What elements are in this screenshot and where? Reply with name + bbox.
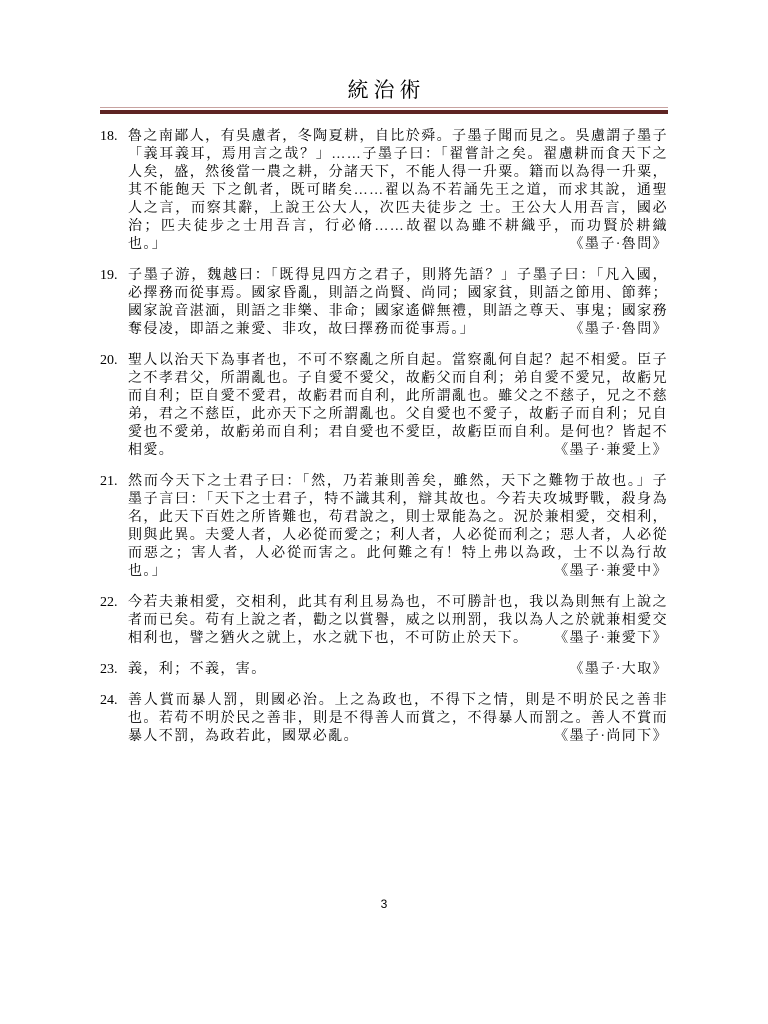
paragraph-number: 23. [100,661,128,679]
citation-source: 《墨子·大取》 [570,661,668,679]
paragraph-body: 魯之南鄙人，有吳慮者，冬陶夏耕，自比於舜。子墨子聞而見之。吳慮謂子墨子「義耳義耳… [128,128,668,254]
paragraph-body: 今若夫兼相愛，交相利，此其有利且易為也，不可勝計也，我以為則無有上說之者而已矣。… [128,594,668,648]
page-title: 統治術 [100,0,668,104]
quote-paragraph: 19. 子墨子游，魏越曰：「既得見四方之君子，則將先語？」子墨子曰：「凡入國，必… [100,267,668,339]
quote-paragraph: 21. 然而今天下之士君子曰：「然，乃若兼則善矣，雖然，天下之難物于故也。」子墨… [100,473,668,581]
citation-source: 《墨子·魯問》 [570,321,668,339]
citation-source: 《墨子·兼愛中》 [554,563,668,581]
title-rule [100,107,668,114]
paragraph-body: 然而今天下之士君子曰：「然，乃若兼則善矣，雖然，天下之難物于故也。」子墨子言曰：… [128,473,668,581]
paragraph-text: 魯之南鄙人，有吳慮者，冬陶夏耕，自比於舜。子墨子聞而見之。吳慮謂子墨子「義耳義耳… [128,129,668,252]
paragraph-number: 21. [100,473,128,581]
page-number: 3 [0,897,768,911]
quote-paragraph: 20. 聖人以治天下為事者也，不可不察亂之所自起。當察亂何自起？起不相愛。臣子之… [100,352,668,460]
quote-paragraph: 23. 義，利；不義，害。 《墨子·大取》 [100,661,668,679]
paragraph-text: 義，利；不義，害。 [128,662,267,677]
quote-list: 18. 魯之南鄙人，有吳慮者，冬陶夏耕，自比於舜。子墨子聞而見之。吳慮謂子墨子「… [100,128,668,746]
paragraph-number: 18. [100,128,128,254]
paragraph-body: 義，利；不義，害。 《墨子·大取》 [128,661,668,679]
citation-source: 《墨子·兼愛上》 [554,442,668,460]
quote-paragraph: 18. 魯之南鄙人，有吳慮者，冬陶夏耕，自比於舜。子墨子聞而見之。吳慮謂子墨子「… [100,128,668,254]
citation-source: 《墨子·魯問》 [570,236,668,254]
paragraph-number: 19. [100,267,128,339]
paragraph-number: 24. [100,692,128,746]
document-page: 統治術 18. 魯之南鄙人，有吳慮者，冬陶夏耕，自比於舜。子墨子聞而見之。吳慮謂… [100,0,668,1024]
citation-source: 《墨子·兼愛下》 [554,630,668,648]
paragraph-number: 20. [100,352,128,460]
quote-paragraph: 24. 善人賞而暴人罰，則國必治。上之為政也，不得下之情，則是不明於民之善非也。… [100,692,668,746]
paragraph-body: 子墨子游，魏越曰：「既得見四方之君子，則將先語？」子墨子曰：「凡入國，必擇務而從… [128,267,668,339]
citation-source: 《墨子·尚同下》 [554,728,668,746]
paragraph-body: 善人賞而暴人罰，則國必治。上之為政也，不得下之情，則是不明於民之善非也。若苟不明… [128,692,668,746]
paragraph-body: 聖人以治天下為事者也，不可不察亂之所自起。當察亂何自起？起不相愛。臣子之不孝君父… [128,352,668,460]
quote-paragraph: 22. 今若夫兼相愛，交相利，此其有利且易為也，不可勝計也，我以為則無有上說之者… [100,594,668,648]
paragraph-number: 22. [100,594,128,648]
